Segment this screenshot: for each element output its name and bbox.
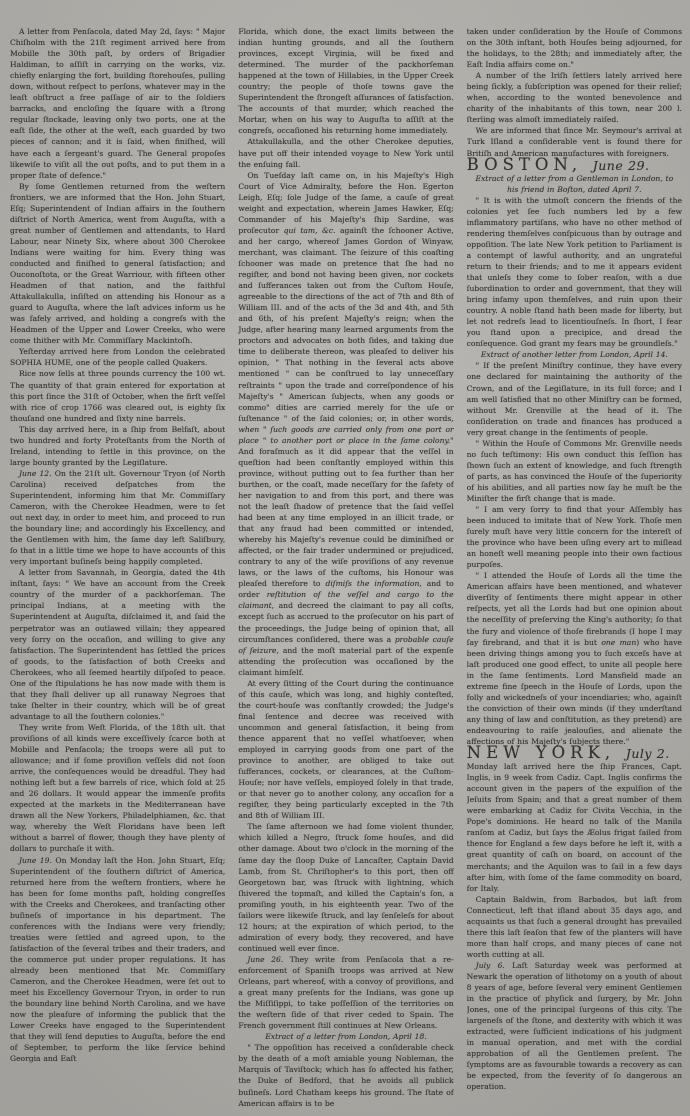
article-paragraph: " It is with the utmoſt concern the frie… [467,195,682,350]
article-paragraph: Captain Baldwin, from Barbados, but laſt… [467,894,682,960]
article-paragraph: A letter from Penſacola, dated May 2d, ſ… [10,26,225,181]
article-paragraph: This day arrived here, in a ſhip from Be… [10,424,225,468]
article-paragraph: Attakullakulla, and the other Cherokee d… [238,136,453,169]
article-paragraph: June 19. On Monday laſt the Hon. John St… [10,855,225,1065]
article-paragraph: June 12. On the 21ſt ult. Governour Tryo… [10,468,225,567]
article-paragraph: " I attended the Houſe of Lords all the … [467,570,682,747]
article-paragraph: The ſame afternoon we had ſome violent t… [238,821,453,954]
newspaper-column-2: Florida, which done, the exact limits be… [238,26,453,1116]
article-paragraph: At every ſitting of the Court during the… [238,678,453,822]
article-paragraph: On Tueſday laſt came on, in his Majeſty'… [238,170,453,678]
article-paragraph: A letter from Savannah, in Georgia, date… [10,567,225,722]
newspaper-column-3: taken under conſideration by the Houſe o… [467,26,682,1116]
section-city: NEW YORK, [467,743,626,762]
article-paragraph: June 26. They write from Penſacola that … [238,954,453,1031]
article-paragraph: Yeſterday arrived here from London the c… [10,346,225,368]
section-date: July 2. [626,746,670,761]
article-paragraph: " Within the Houſe of Commons Mr. Grenvi… [467,438,682,504]
section-heading: BOSTON, June 29. [467,159,682,173]
section-date: June 29. [593,158,650,173]
article-paragraph: They write from Weſt Florida, of the 18t… [10,722,225,855]
section-heading: NEW YORK, July 2. [467,747,682,761]
section-city: BOSTON, [467,155,593,174]
article-paragraph: taken under conſideration by the Houſe o… [467,26,682,70]
article-paragraph: " If the preſent Miniſtry continue, they… [467,360,682,437]
newspaper-column-1: A letter from Penſacola, dated May 2d, ſ… [10,26,225,1116]
letter-subhead: Extract of a letter from a Gentleman in … [467,173,682,195]
article-paragraph: July 6. Laſt Saturday week was performed… [467,960,682,1093]
article-paragraph: " The oppoſition has received a conſider… [238,1042,453,1108]
letter-subhead: Extract of another letter from London, A… [467,349,682,360]
article-paragraph: A number of the Iriſh ſettlers lately ar… [467,70,682,125]
article-paragraph: " I am very ſorry to find that your Aſſe… [467,504,682,570]
article-paragraph: Monday laſt arrived here the ſhip France… [467,761,682,894]
article-paragraph: By ſome Gentlemen returned from the weſt… [10,181,225,347]
article-paragraph: Rice now ſells at three pounds currency … [10,368,225,423]
article-paragraph: Florida, which done, the exact limits be… [238,26,453,136]
newspaper-page-scan: A letter from Penſacola, dated May 2d, ſ… [0,0,690,1116]
newspaper-sheet: A letter from Penſacola, dated May 2d, ſ… [10,26,682,1116]
letter-subhead: Extract of a letter from London, April 1… [238,1031,453,1042]
